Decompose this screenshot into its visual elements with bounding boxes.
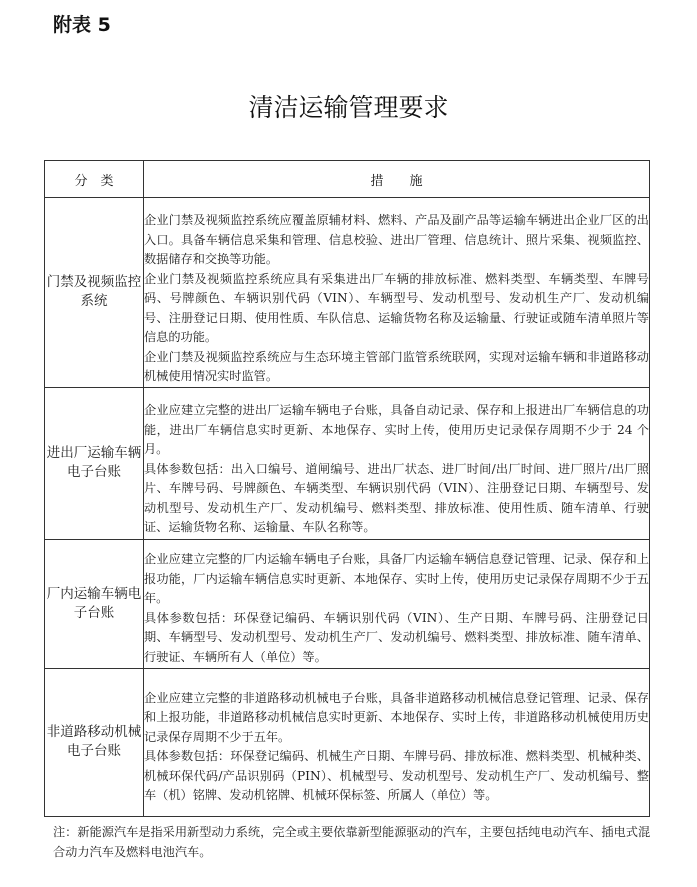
measures-cell: 企业应建立完整的非道路移动机械电子台账，具备非道路移动机械信息登记管理、记录、保… — [144, 668, 650, 816]
measure-paragraph: 企业门禁及视频监控系统应具有采集进出厂车辆的排放标准、燃料类型、车辆类型、车牌号… — [144, 270, 649, 348]
requirements-table: 分 类 措 施 门禁及视频监控系统 企业门禁及视频监控系统应覆盖原辅材料、燃料、… — [44, 160, 650, 817]
category-cell: 门禁及视频监控系统 — [45, 198, 144, 388]
measures-cell: 企业应建立完整的厂内运输车辆电子台账，具备厂内运输车辆信息登记管理、记录、保存和… — [144, 539, 650, 668]
table-header-row: 分 类 措 施 — [45, 161, 650, 198]
measure-paragraph: 具体参数包括：环保登记编码、车辆识别代码（VIN）、生产日期、车牌号码、注册登记… — [144, 609, 649, 668]
annex-label: 附表 5 — [53, 10, 111, 37]
table-row: 厂内运输车辆电子台账 企业应建立完整的厂内运输车辆电子台账，具备厂内运输车辆信息… — [45, 539, 650, 668]
header-category: 分 类 — [45, 161, 144, 198]
page-title: 清洁运输管理要求 — [0, 88, 697, 124]
measure-paragraph: 企业应建立完整的进出厂运输车辆电子台账，具备自动记录、保存和上报进出厂车辆信息的… — [144, 401, 649, 460]
table-row: 进出厂运输车辆电子台账 企业应建立完整的进出厂运输车辆电子台账，具备自动记录、保… — [45, 387, 650, 539]
measure-paragraph: 企业应建立完整的厂内运输车辆电子台账，具备厂内运输车辆信息登记管理、记录、保存和… — [144, 550, 649, 609]
header-measures: 措 施 — [144, 161, 650, 198]
table-row: 非道路移动机械电子台账 企业应建立完整的非道路移动机械电子台账，具备非道路移动机… — [45, 668, 650, 816]
footnote: 注：新能源汽车是指采用新型动力系统，完全或主要依靠新型能源驱动的汽车，主要包括纯… — [53, 822, 653, 862]
table-row: 门禁及视频监控系统 企业门禁及视频监控系统应覆盖原辅材料、燃料、产品及副产品等运… — [45, 198, 650, 388]
measure-paragraph: 具体参数包括：出入口编号、道闸编号、进出厂状态、进厂时间/出厂时间、进厂照片/出… — [144, 460, 649, 538]
category-cell: 厂内运输车辆电子台账 — [45, 539, 144, 668]
measure-paragraph: 企业门禁及视频监控系统应覆盖原辅材料、燃料、产品及副产品等运输车辆进出企业厂区的… — [144, 211, 649, 270]
measure-paragraph: 企业应建立完整的非道路移动机械电子台账，具备非道路移动机械信息登记管理、记录、保… — [144, 689, 649, 748]
category-cell: 非道路移动机械电子台账 — [45, 668, 144, 816]
measures-cell: 企业门禁及视频监控系统应覆盖原辅材料、燃料、产品及副产品等运输车辆进出企业厂区的… — [144, 198, 650, 388]
measure-paragraph: 具体参数包括：环保登记编码、机械生产日期、车牌号码、排放标准、燃料类型、机械种类… — [144, 747, 649, 806]
category-cell: 进出厂运输车辆电子台账 — [45, 387, 144, 539]
measure-paragraph: 企业门禁及视频监控系统应与生态环境主管部门监管系统联网，实现对运输车辆和非道路移… — [144, 348, 649, 387]
measures-cell: 企业应建立完整的进出厂运输车辆电子台账，具备自动记录、保存和上报进出厂车辆信息的… — [144, 387, 650, 539]
